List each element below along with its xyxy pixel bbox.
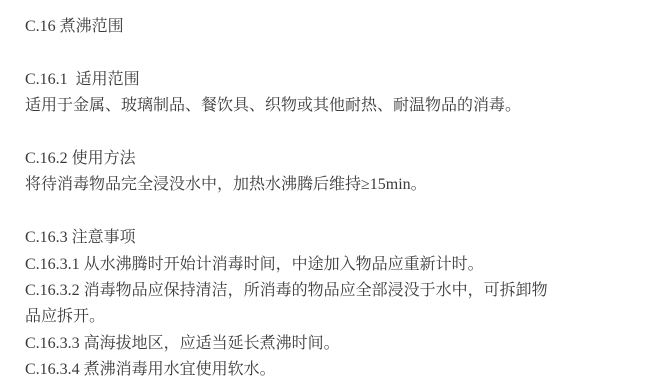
section-c16-2: C.16.2 使用方法 将待消毒物品完全浸没水中，加热水沸腾后维持≥15min。 bbox=[25, 146, 655, 199]
body-line: 适用于金属、玻璃制品、餐饮具、织物或其他耐热、耐温物品的消毒。 bbox=[25, 93, 655, 119]
body-line: C.16.3.3 高海拔地区，应适当延长煮沸时间。 bbox=[25, 331, 655, 357]
body-line: C.16.3.1 从水沸腾时开始计消毒时间，中途加入物品应重新计时。 bbox=[25, 252, 655, 278]
section-heading-c16-3: C.16.3 注意事项 bbox=[25, 225, 655, 251]
section-heading-c16-1: C.16.1 适用范围 bbox=[25, 67, 655, 93]
section-heading-c16: C.16 煮沸范围 bbox=[25, 14, 655, 40]
body-line: C.16.3.2 消毒物品应保持清洁，所消毒的物品应全部浸没于水中，可拆卸物 bbox=[25, 278, 655, 304]
section-c16-3: C.16.3 注意事项 C.16.3.1 从水沸腾时开始计消毒时间，中途加入物品… bbox=[25, 225, 655, 383]
section-c16: C.16 煮沸范围 bbox=[25, 14, 655, 40]
document-page: C.16 煮沸范围 C.16.1 适用范围 适用于金属、玻璃制品、餐饮具、织物或… bbox=[0, 0, 671, 385]
section-heading-c16-2: C.16.2 使用方法 bbox=[25, 146, 655, 172]
body-line: C.16.3.4 煮沸消毒用水宜使用软水。 bbox=[25, 357, 655, 383]
body-line: 将待消毒物品完全浸没水中，加热水沸腾后维持≥15min。 bbox=[25, 172, 655, 198]
body-line-wrapped: 品应拆开。 bbox=[25, 304, 655, 330]
section-c16-1: C.16.1 适用范围 适用于金属、玻璃制品、餐饮具、织物或其他耐热、耐温物品的… bbox=[25, 67, 655, 120]
